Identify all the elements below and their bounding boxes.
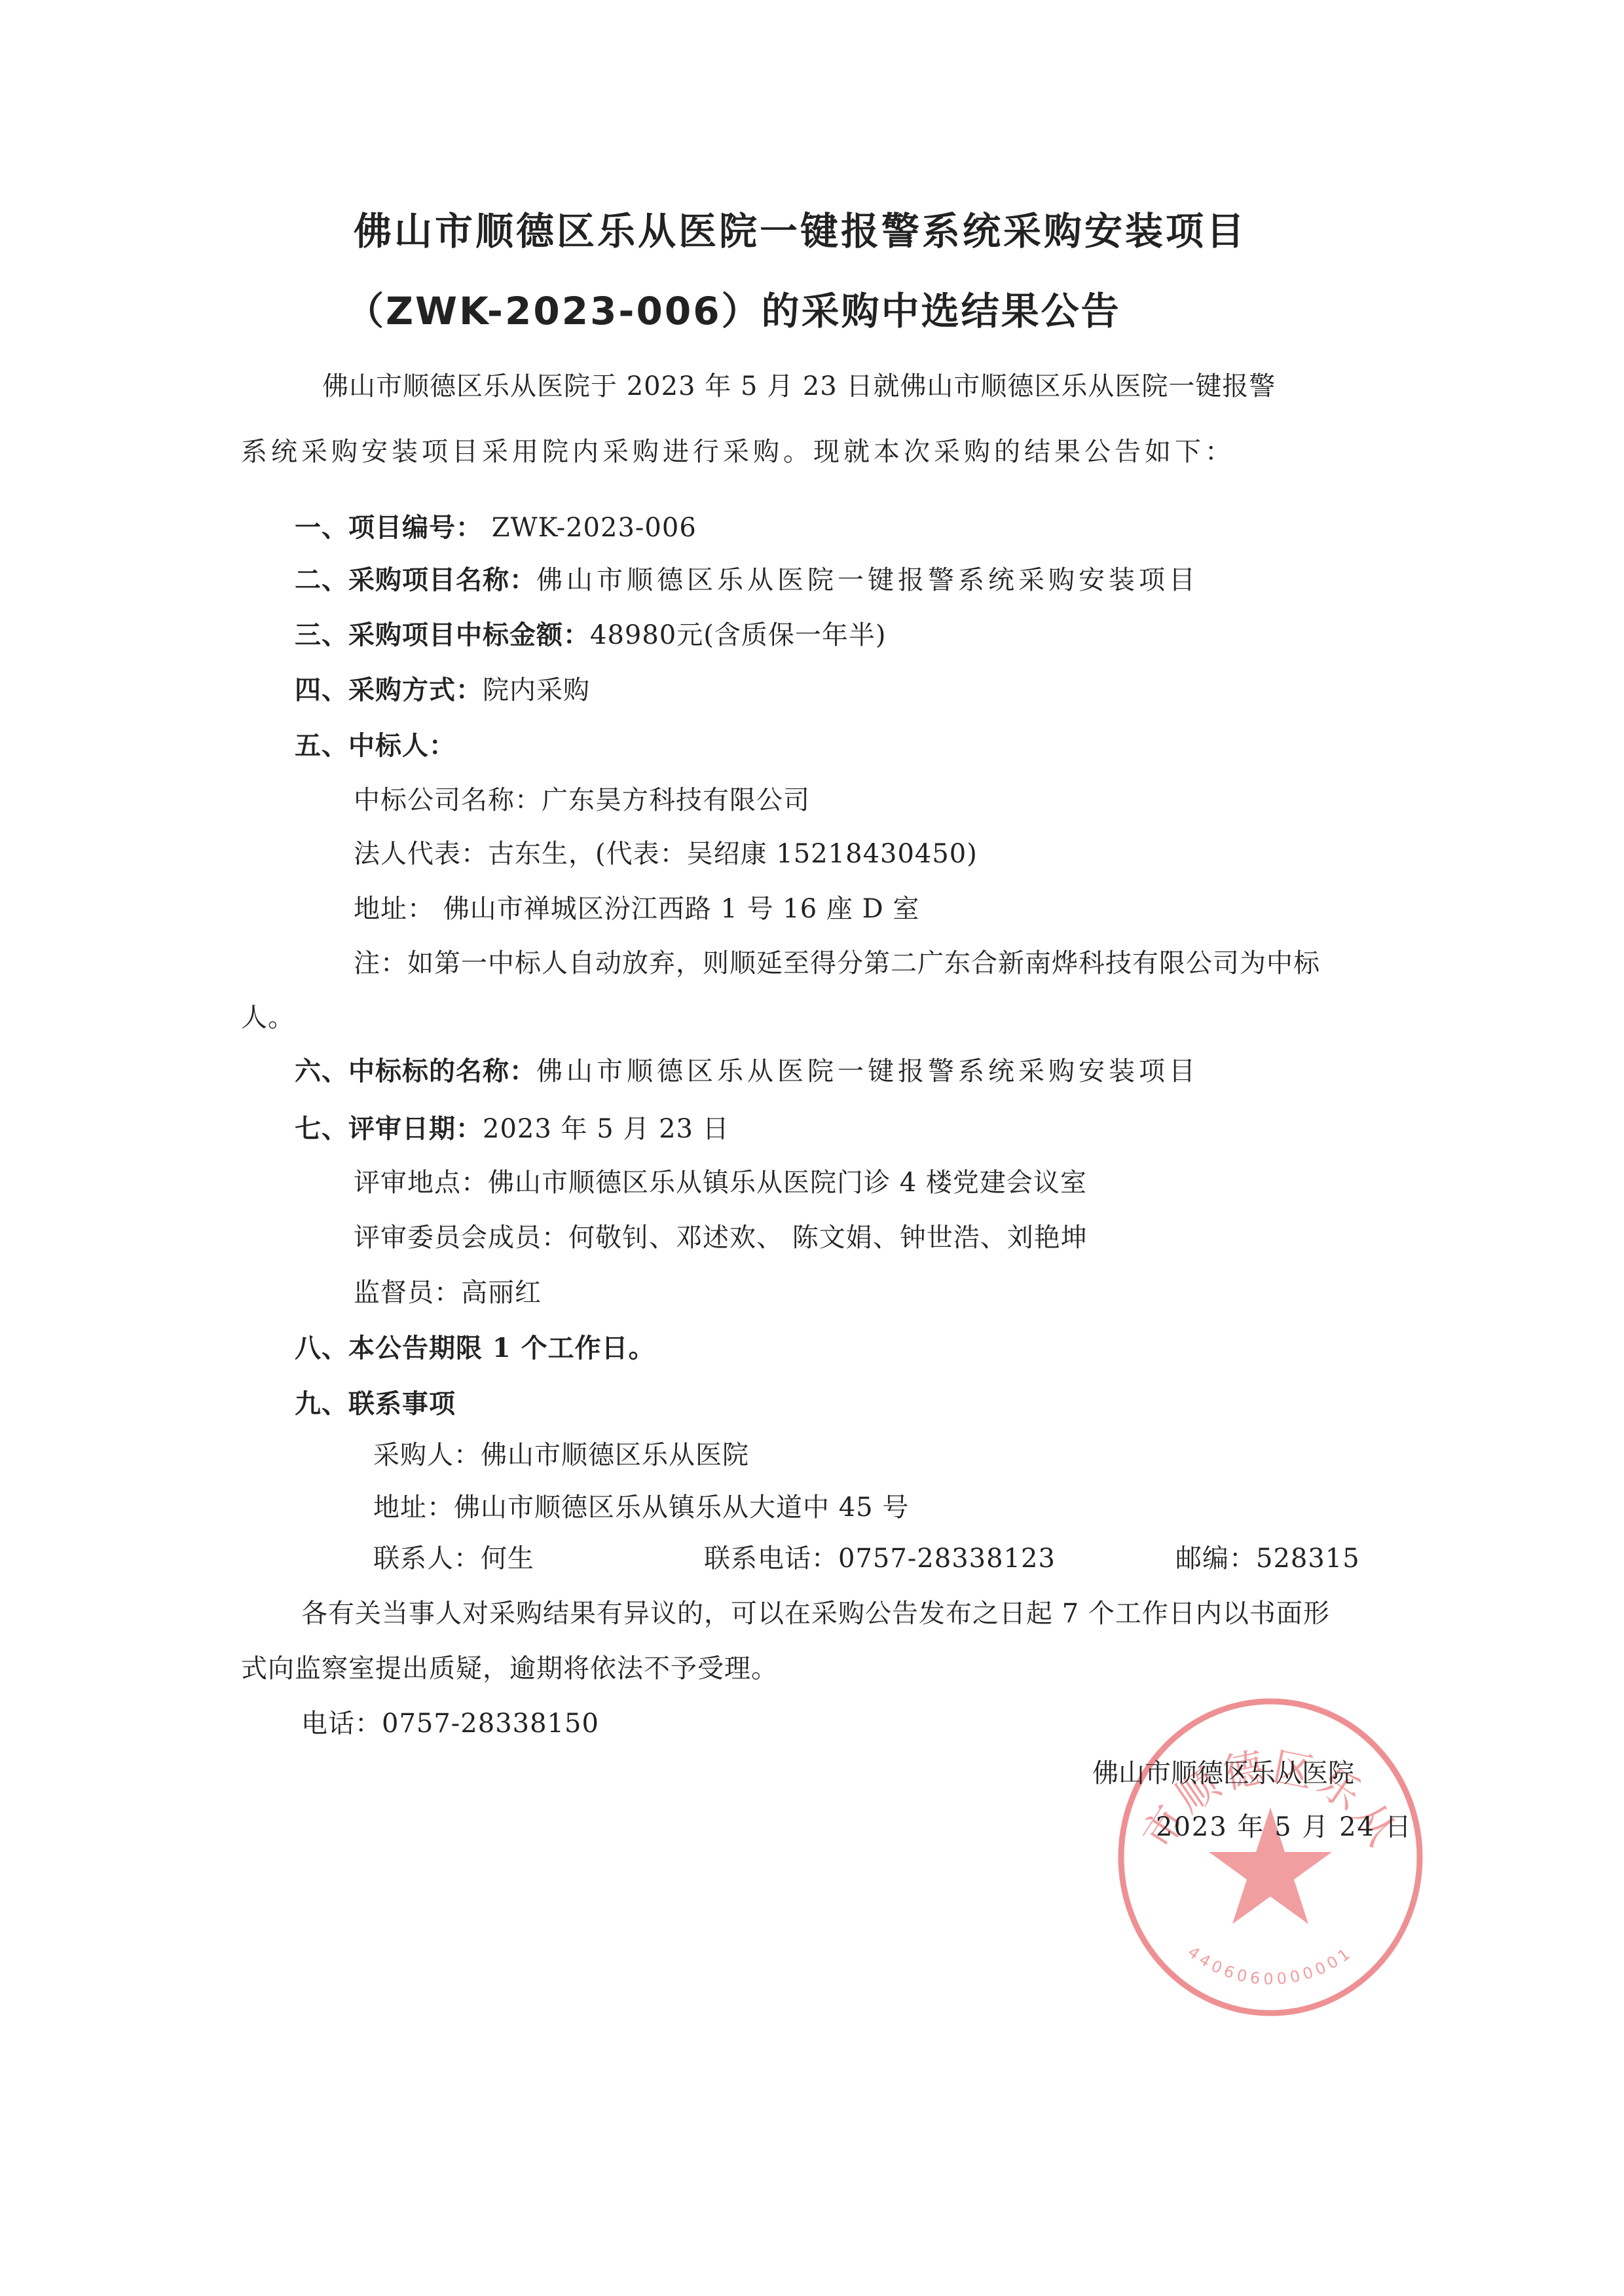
svg-text:4406060000001: 4406060000001 <box>1185 1943 1357 1988</box>
section-label: 六、中标标的名称： <box>295 1056 536 1086</box>
contact-phone: 联系电话：0757-28338123 <box>704 1543 1056 1574</box>
section-label: 一、项目编号： <box>295 512 483 543</box>
section-procurement-method: 四、采购方式：院内采购 <box>295 675 590 706</box>
title-line-2: （ZWK-2023-006）的采购中选结果公告 <box>346 288 1121 334</box>
objection-line-2: 式向监察室提出质疑，逾期将依法不予受理。 <box>241 1653 778 1684</box>
section-notice-period: 八、本公告期限 1 个工作日。 <box>295 1333 655 1364</box>
contact-postcode: 邮编：528315 <box>1175 1543 1360 1574</box>
winner-note-line-1: 注：如第一中标人自动放弃，则顺延至得分第二广东合新南烨科技有限公司为中标 <box>354 948 1320 979</box>
section-value: 佛山市顺德区乐从医院一键报警系统采购安装项目 <box>536 1056 1199 1086</box>
section-value: 佛山市顺德区乐从医院一键报警系统采购安装项目 <box>536 565 1199 595</box>
signature-organization: 佛山市顺德区乐从医院 <box>1092 1758 1354 1789</box>
intro-paragraph-line-2: 系统采购安装项目采用院内采购进行采购。现就本次采购的结果公告如下： <box>241 436 1235 468</box>
section-winner: 五、中标人： <box>295 730 456 762</box>
review-committee: 评审委员会成员：何敬钊、邓述欢、 陈文娟、钟世浩、刘艳坤 <box>354 1222 1088 1253</box>
contact-person: 联系人：何生 <box>373 1543 534 1574</box>
contact-purchaser: 采购人：佛山市顺德区乐从医院 <box>373 1439 749 1471</box>
section-value: 48980元(含质保一年半) <box>590 620 886 650</box>
intro-paragraph-line-1: 佛山市顺德区乐从医院于 2023 年 5 月 23 日就佛山市顺德区乐从医院一键… <box>322 371 1276 402</box>
section-label: 五、中标人： <box>295 730 456 761</box>
contact-address: 地址：佛山市顺德区乐从镇乐从大道中 45 号 <box>373 1492 909 1523</box>
objection-line-1: 各有关当事人对采购结果有异议的，可以在采购公告发布之日起 7 个工作日内以书面形 <box>301 1598 1330 1629</box>
winner-company: 中标公司名称：广东昊方科技有限公司 <box>354 785 810 816</box>
seal-bottom-code: 4406060000001 <box>1185 1943 1357 1988</box>
section-award-amount: 三、采购项目中标金额：48980元(含质保一年半) <box>295 620 886 651</box>
section-review-date: 七、评审日期：2023 年 5 月 23 日 <box>295 1113 729 1145</box>
review-supervisor: 监督员：高丽红 <box>354 1277 542 1308</box>
section-label: 四、采购方式： <box>295 675 483 705</box>
section-value: ZWK-2023-006 <box>483 513 697 543</box>
section-label: 三、采购项目中标金额： <box>295 620 590 650</box>
signature-date: 2023 年 5 月 24 日 <box>1156 1811 1412 1843</box>
document-page: 佛山市顺德区乐从医院一键报警系统采购安装项目 （ZWK-2023-006）的采购… <box>0 0 1624 2296</box>
section-label: 八、本公告期限 1 个工作日。 <box>295 1333 655 1363</box>
winner-address: 地址： 佛山市禅城区汾江西路 1 号 16 座 D 室 <box>354 893 919 925</box>
review-location: 评审地点：佛山市顺德区乐从镇乐从医院门诊 4 楼党建会议室 <box>354 1167 1087 1198</box>
title-line-1: 佛山市顺德区乐从医院一键报警系统采购安装项目 <box>354 208 1247 254</box>
winner-legal-rep: 法人代表：古东生，(代表：吴绍康 15218430450) <box>354 838 978 870</box>
supervision-phone: 电话：0757-28338150 <box>301 1708 599 1739</box>
section-label: 九、联系事项 <box>295 1388 456 1419</box>
section-contact: 九、联系事项 <box>295 1388 456 1420</box>
section-label: 七、评审日期： <box>295 1113 483 1144</box>
section-project-number: 一、项目编号： ZWK-2023-006 <box>295 512 697 544</box>
section-value: 院内采购 <box>483 675 590 705</box>
section-label: 二、采购项目名称： <box>295 565 536 595</box>
section-award-subject: 六、中标标的名称：佛山市顺德区乐从医院一键报警系统采购安装项目 <box>295 1056 1199 1087</box>
section-value: 2023 年 5 月 23 日 <box>483 1114 729 1144</box>
official-seal-stamp-icon: 佛山市顺德区乐从医院 4406060000001 <box>1113 1696 1428 2017</box>
section-project-name: 二、采购项目名称：佛山市顺德区乐从医院一键报警系统采购安装项目 <box>295 565 1199 596</box>
winner-note-line-2: 人。 <box>241 1002 295 1033</box>
